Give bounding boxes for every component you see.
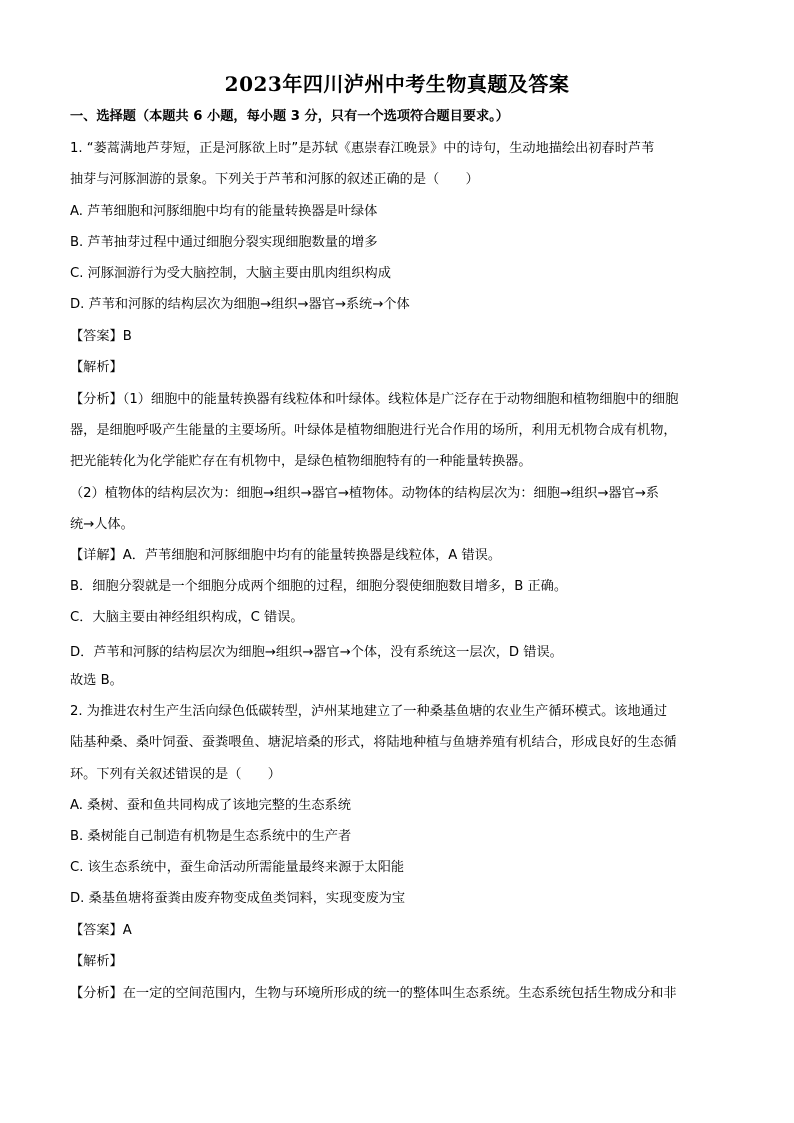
question-1-analysis-line: 器，是细胞呼吸产生能量的主要场所。叶绿体是植物细胞进行光合作用的场所，利用无机物…	[70, 422, 677, 440]
question-1-option-a: A. 芦苇细胞和河豚细胞中均有的能量转换器是叶绿体	[70, 203, 377, 221]
question-1-option-d: D. 芦苇和河豚的结构层次为细胞→组织→器官→系统→个体	[70, 296, 410, 314]
question-1-analysis-line: （2）植物体的结构层次为：细胞→组织→器官→植物体。动物体的结构层次为：细胞→组…	[70, 485, 659, 503]
question-1-detail-d: D．芦苇和河豚的结构层次为细胞→组织→器官→个体，没有系统这一层次，D 错误。	[70, 644, 563, 662]
question-2-analysis-label: 【解析】	[70, 953, 123, 971]
document-page: 2023年四川泸州中考生物真题及答案 一、选择题（本题共 6 小题，每小题 3 …	[0, 0, 794, 1123]
question-1-analysis-line: 【分析】（1）细胞中的能量转换器有线粒体和叶绿体。线粒体是广泛存在于动物细胞和植…	[70, 391, 678, 409]
question-1-answer: 【答案】B	[70, 328, 132, 346]
question-1-stem: 1. “蒌蒿满地芦芽短，正是河豚欲上时”是苏轼《惠崇春江晚景》中的诗句，生动地描…	[70, 140, 654, 158]
question-2-analysis-line: 【分析】在一定的空间范围内，生物与环境所形成的统一的整体叫生态系统。生态系统包括…	[70, 985, 677, 1003]
question-1-option-c: C. 河豚洄游行为受大脑控制，大脑主要由肌肉组织构成	[70, 265, 391, 283]
question-2-answer: 【答案】A	[70, 922, 132, 940]
question-1-stem-cont: 抽芽与河豚洄游的景象。下列关于芦苇和河豚的叙述正确的是（ ）	[70, 171, 479, 189]
question-2-stem-cont: 陆基种桑、桑叶饲蚕、蚕粪喂鱼、塘泥培桑的形式，将陆地种植与鱼塘养殖有机结合，形成…	[70, 734, 677, 752]
question-2-stem-cont: 环。下列有关叙述错误的是（ ）	[70, 766, 281, 784]
question-1-detail-c: C．大脑主要由神经组织构成，C 错误。	[70, 609, 304, 627]
question-2-option-c: C. 该生态系统中，蚕生命活动所需能量最终来源于太阳能	[70, 859, 404, 877]
section-heading: 一、选择题（本题共 6 小题，每小题 3 分，只有一个选项符合题目要求。）	[70, 108, 509, 126]
question-2-option-d: D. 桑基鱼塘将蚕粪由废弃物变成鱼类饲料，实现变废为宝	[70, 890, 405, 908]
question-1-detail-a: 【详解】A．芦苇细胞和河豚细胞中均有的能量转换器是线粒体，A 错误。	[70, 547, 501, 565]
question-2-option-b: B. 桑树能自己制造有机物是生态系统中的生产者	[70, 828, 351, 846]
question-1-analysis-line: 统→人体。	[70, 516, 134, 534]
question-2-stem: 2. 为推进农村生产生活向绿色低碳转型，泸州某地建立了一种桑基鱼塘的农业生产循环…	[70, 703, 667, 721]
question-1-conclusion: 故选 B。	[70, 672, 123, 690]
question-1-option-b: B. 芦苇抽芽过程中通过细胞分裂实现细胞数量的增多	[70, 234, 378, 252]
question-1-analysis-line: 把光能转化为化学能贮存在有机物中，是绿色植物细胞特有的一种能量转换器。	[70, 453, 532, 471]
question-2-option-a: A. 桑树、蚕和鱼共同构成了该地完整的生态系统	[70, 797, 351, 815]
page-title: 2023年四川泸州中考生物真题及答案	[0, 68, 794, 97]
question-1-detail-b: B．细胞分裂就是一个细胞分成两个细胞的过程，细胞分裂使细胞数目增多，B 正确。	[70, 578, 567, 596]
question-1-analysis-label: 【解析】	[70, 359, 123, 377]
